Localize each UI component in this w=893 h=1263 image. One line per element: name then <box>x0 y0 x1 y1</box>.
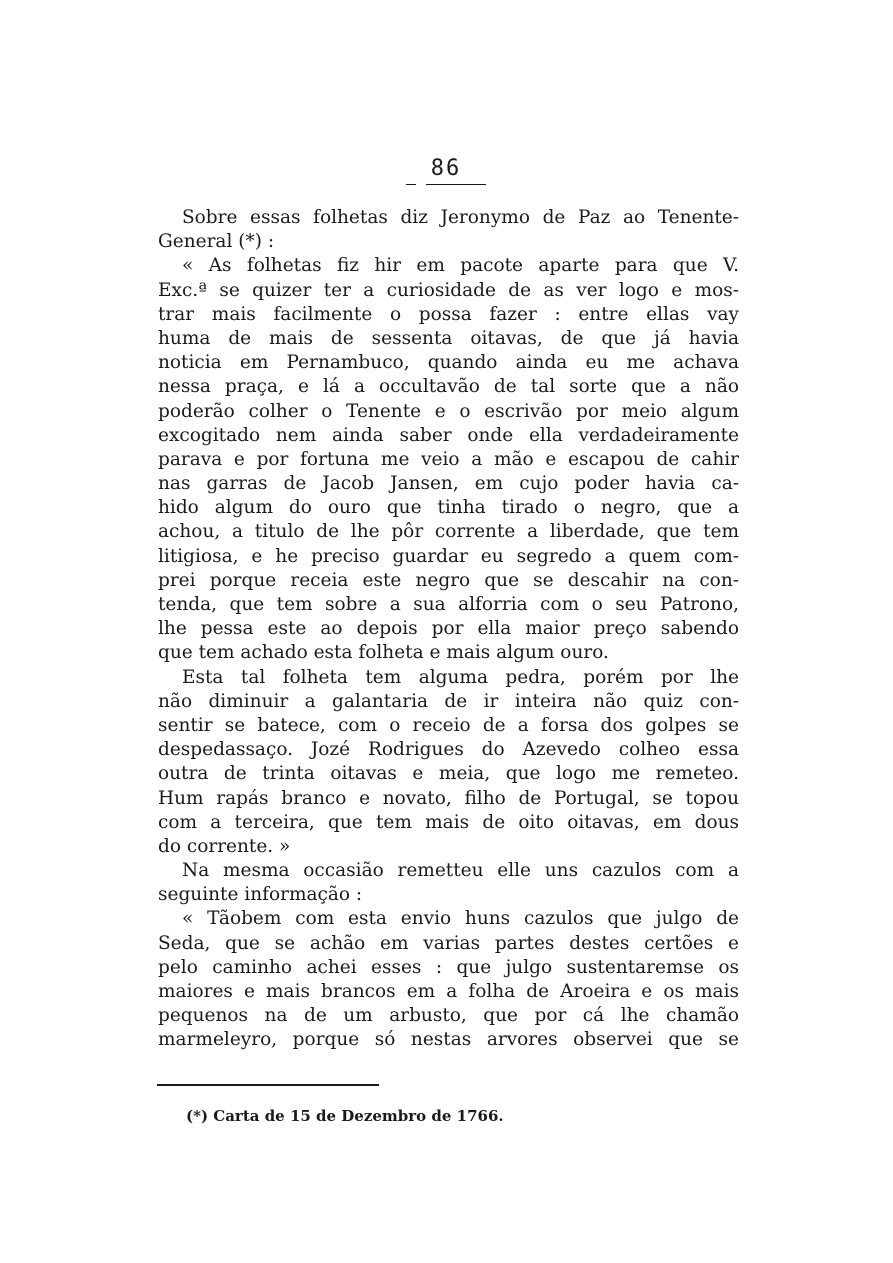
page-number: 86 <box>405 156 487 182</box>
text-line: prei porque receia este negro que se des… <box>158 569 739 593</box>
text-line: Hum rapás branco e novato, filho de Port… <box>158 787 739 811</box>
text-line: que tem achado esta folheta e mais algum… <box>158 641 739 665</box>
text-line: litigiosa, e he preciso guardar eu segre… <box>158 545 739 569</box>
text-line: marmeleyro, porque só nestas arvores obs… <box>158 1028 739 1052</box>
text-line: pequenos na de um arbusto, que por cá lh… <box>158 1004 739 1028</box>
text-line: nas garras de Jacob Jansen, em cujo pode… <box>158 472 739 496</box>
text-line: General (*) : <box>158 230 739 254</box>
text-line: noticia em Pernambuco, quando ainda eu m… <box>158 351 739 375</box>
text-line: seguinte informação : <box>158 883 739 907</box>
text-line: outra de trinta oitavas e meia, que logo… <box>158 762 739 786</box>
text-line: não diminuir a galantaria de ir inteira … <box>158 690 739 714</box>
text-line: Sobre essas folhetas diz Jeronymo de Paz… <box>158 206 739 230</box>
text-line: despedassaço. Jozé Rodrigues do Azevedo … <box>158 738 739 762</box>
text-line: parava e por fortuna me veio a mão e esc… <box>158 448 739 472</box>
text-line: sentir se batece, com o receio de a fors… <box>158 714 739 738</box>
text-line: huma de mais de sessenta oitavas, de que… <box>158 327 739 351</box>
text-line: « Tãobem com esta envio huns cazulos que… <box>158 907 739 931</box>
text-line: achou, a titulo de lhe pôr corrente a li… <box>158 520 739 544</box>
text-line: maiores e mais brancos em a folha de Aro… <box>158 980 739 1004</box>
text-line: tenda, que tem sobre a sua alforria com … <box>158 593 739 617</box>
text-line: poderão colher o Tenente e o escrivão po… <box>158 400 739 424</box>
text-line: hido algum do ouro que tinha tirado o ne… <box>158 496 739 520</box>
text-line: trar mais facilmente o possa fazer : ent… <box>158 303 739 327</box>
text-line: Seda, que se achão em varias partes dest… <box>158 932 739 956</box>
text-line: « As folhetas fiz hir em pacote aparte p… <box>158 254 739 278</box>
text-line: nessa praça, e lá a occultavão de tal so… <box>158 375 739 399</box>
footnote: (*) Carta de 15 de Dezembro de 1766. <box>186 1106 504 1126</box>
page-number-rule <box>426 184 486 185</box>
text-line: excogitado nem ainda saber onde ella ver… <box>158 424 739 448</box>
text-line: pelo caminho achei esses : que julgo sus… <box>158 956 739 980</box>
text-line: com a terceira, que tem mais de oito oit… <box>158 811 739 835</box>
text-line: do corrente. » <box>158 835 739 859</box>
page-number-dash <box>406 184 416 185</box>
text-line: Esta tal folheta tem alguma pedra, porém… <box>158 666 739 690</box>
footnote-divider <box>157 1084 379 1086</box>
text-line: Exc.ª se quizer ter a curiosidade de as … <box>158 279 739 303</box>
text-line: lhe pessa este ao depois por ella maior … <box>158 617 739 641</box>
body-text: Sobre essas folhetas diz Jeronymo de Paz… <box>158 206 739 1053</box>
text-line: Na mesma occasião remetteu elle uns cazu… <box>158 859 739 883</box>
